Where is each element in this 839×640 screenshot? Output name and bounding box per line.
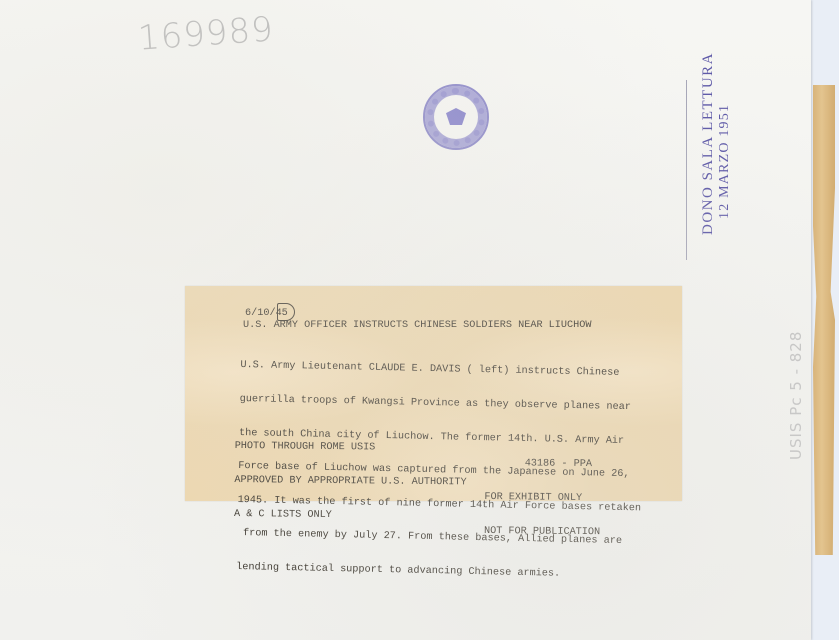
caption-restrictions: 43186 - PPA FOR EXHIBIT ONLY NOT FOR PUB…: [484, 436, 601, 560]
library-seal-icon: [423, 84, 489, 150]
caption-headline: U.S. ARMY OFFICER INSTRUCTS CHINESE SOLD…: [243, 320, 591, 331]
restriction-line: NOT FOR PUBLICATION: [484, 526, 600, 538]
body-line: U.S. Army Lieutenant CLAUDE E. DAVIS ( l…: [240, 360, 644, 380]
adhesive-tape-strip: [813, 85, 835, 555]
restriction-line: FOR EXHIBIT ONLY: [484, 492, 600, 504]
credit-line: PHOTO THROUGH ROME USIS: [235, 441, 467, 455]
stamp-line-2: 12 MARZO 1951: [717, 52, 733, 219]
credit-line: APPROVED BY APPROPRIATE U.S. AUTHORITY: [234, 475, 466, 489]
stamp-divider-line: [686, 80, 687, 260]
pencil-reference-number: USIS Pc 5 - 828: [787, 331, 805, 460]
reference-code: 43186 - PPA: [485, 458, 601, 470]
body-line: lending tactical support to advancing Ch…: [236, 562, 640, 582]
donation-stamp: DONO SALA LETTURA 12 MARZO 1951: [700, 52, 733, 235]
body-line: guerrilla troops of Kwangsi Province as …: [240, 394, 644, 414]
credit-line: A & C LISTS ONLY: [234, 509, 466, 523]
handwritten-archive-number: 169989: [137, 9, 275, 58]
handwritten-d-mark-icon: [277, 303, 295, 321]
stamp-line-1: DONO SALA LETTURA: [700, 52, 717, 235]
photo-back-sheet: 169989 DONO SALA LETTURA 12 MARZO 1951 U…: [0, 0, 811, 640]
typed-caption-slip: 6/10/45 U.S. ARMY OFFICER INSTRUCTS CHIN…: [185, 286, 682, 501]
caption-credits: PHOTO THROUGH ROME USIS APPROVED BY APPR…: [234, 419, 468, 545]
